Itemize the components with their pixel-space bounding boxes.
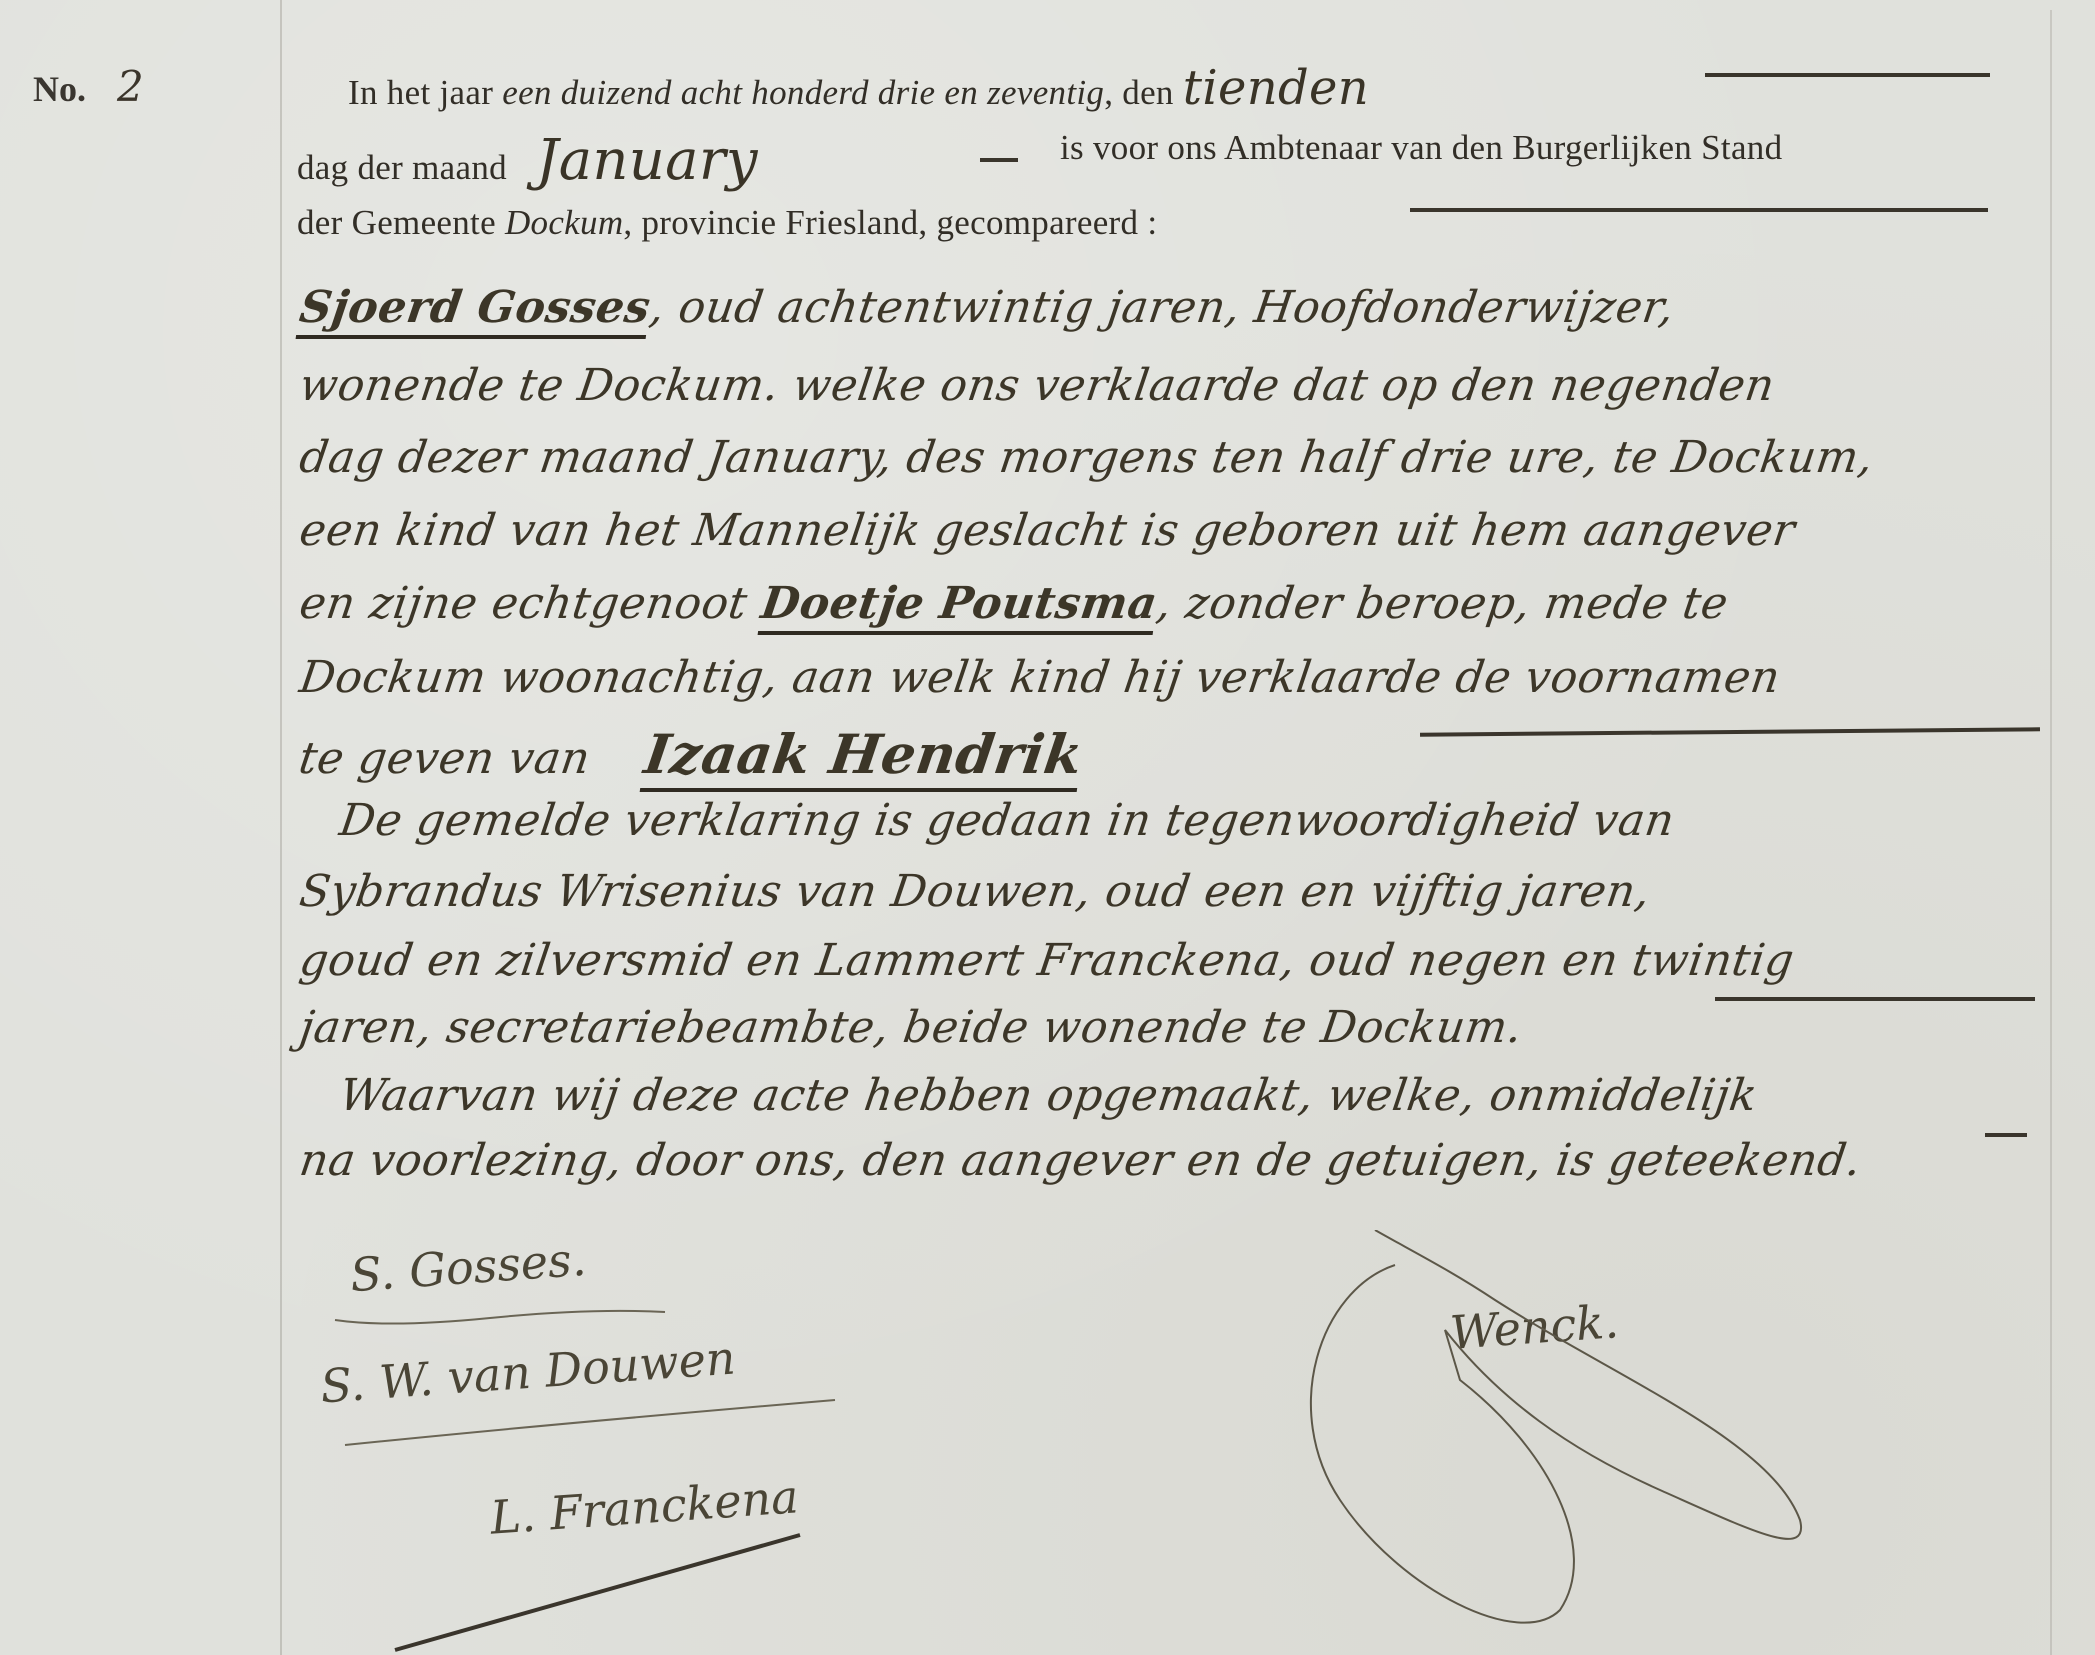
body-line-5: en zijne echtgenoot Doetje Poutsma, zond… bbox=[296, 578, 1731, 629]
printed-line-2-suffix: is voor ons Ambtenaar van den Burgerlijk… bbox=[1060, 128, 1782, 168]
body-line-10: goud en zilversmid en Lammert Franckena,… bbox=[296, 935, 1797, 986]
body-line-5-text: , zonder beroep, mede te bbox=[1153, 578, 1731, 629]
fill-line-day bbox=[1705, 73, 1990, 77]
line1-suffix: , den bbox=[1104, 73, 1174, 112]
signature-father: S. Gosses. bbox=[348, 1232, 587, 1302]
right-margin-rule bbox=[2050, 10, 2052, 1655]
body-line-12: Waarvan wij deze acte hebben opgemaakt, … bbox=[336, 1070, 1760, 1121]
fill-line-end bbox=[1985, 1133, 2027, 1137]
signature-witness-1: S. W. van Douwen bbox=[319, 1331, 737, 1414]
line1-prefix: In het jaar bbox=[348, 73, 493, 112]
body-line-13: na voorlezing, door ons, den aangever en… bbox=[296, 1135, 1864, 1186]
father-name: Sjoerd Gosses bbox=[296, 282, 654, 339]
fill-line-child-name bbox=[1420, 727, 2040, 736]
record-number-value: 2 bbox=[117, 62, 144, 111]
body-line-7-prefix: te geven van bbox=[296, 733, 594, 784]
line3-prefix: der Gemeente bbox=[297, 203, 496, 242]
body-line-3: dag dezer maand January, des morgens ten… bbox=[296, 432, 1876, 483]
mother-name: Doetje Poutsma bbox=[757, 578, 1160, 635]
printed-line-1: In het jaar een duizend acht honderd dri… bbox=[348, 60, 1369, 116]
body-line-2: wonende te Dockum. welke ons verklaarde … bbox=[296, 360, 1777, 411]
fill-line-compared bbox=[1410, 208, 1988, 212]
body-line-4: een kind van het Mannelijk geslacht is g… bbox=[296, 505, 1798, 556]
body-line-11: jaren, secretariebeambte, beide wonende … bbox=[296, 1002, 1525, 1053]
left-margin-rule bbox=[280, 0, 282, 1655]
body-line-9: Sybrandus Wrisenius van Douwen, oud een … bbox=[296, 866, 1653, 917]
line3-suffix: , provincie Friesland, gecompareerd : bbox=[623, 203, 1157, 242]
record-number: No. 2 bbox=[33, 62, 144, 111]
year-in-words: een duizend acht honderd drie en zeventi… bbox=[502, 73, 1104, 112]
municipality: Dockum bbox=[505, 203, 623, 242]
body-line-8: De gemelde verklaring is gedaan in tegen… bbox=[336, 795, 1677, 846]
printed-line-2: dag der maand January bbox=[297, 128, 758, 193]
body-line-1-text: , oud achtentwintig jaren, Hoofdonderwij… bbox=[646, 282, 1677, 333]
signature-official-flourish bbox=[1280, 1230, 1940, 1650]
fill-line-witnesses bbox=[1715, 997, 2035, 1001]
scanned-document-page: No. 2 In het jaar een duizend acht honde… bbox=[0, 0, 2095, 1655]
body-line-6: Dockum woonachtig, aan welk kind hij ver… bbox=[296, 652, 1783, 703]
fill-line-month bbox=[980, 158, 1018, 162]
handwritten-month: January bbox=[536, 128, 758, 193]
line2-prefix: dag der maand bbox=[297, 148, 507, 187]
body-line-5-prefix: en zijne echtgenoot bbox=[296, 578, 750, 629]
child-name: Izaak Hendrik bbox=[640, 722, 1087, 792]
signature-witness-2: L. Franckena bbox=[488, 1469, 800, 1544]
body-line-1: Sjoerd Gosses, oud achtentwintig jaren, … bbox=[296, 282, 1677, 333]
body-line-7: te geven van Izaak Hendrik bbox=[296, 722, 1087, 786]
record-number-label: No. bbox=[33, 69, 86, 109]
printed-line-3: der Gemeente Dockum, provincie Friesland… bbox=[297, 203, 1157, 243]
signature-official: Wenck. bbox=[1448, 1294, 1620, 1360]
signature-underline-1 bbox=[330, 1300, 670, 1330]
handwritten-day: tienden bbox=[1183, 60, 1369, 116]
signature-underline-3 bbox=[390, 1530, 810, 1655]
